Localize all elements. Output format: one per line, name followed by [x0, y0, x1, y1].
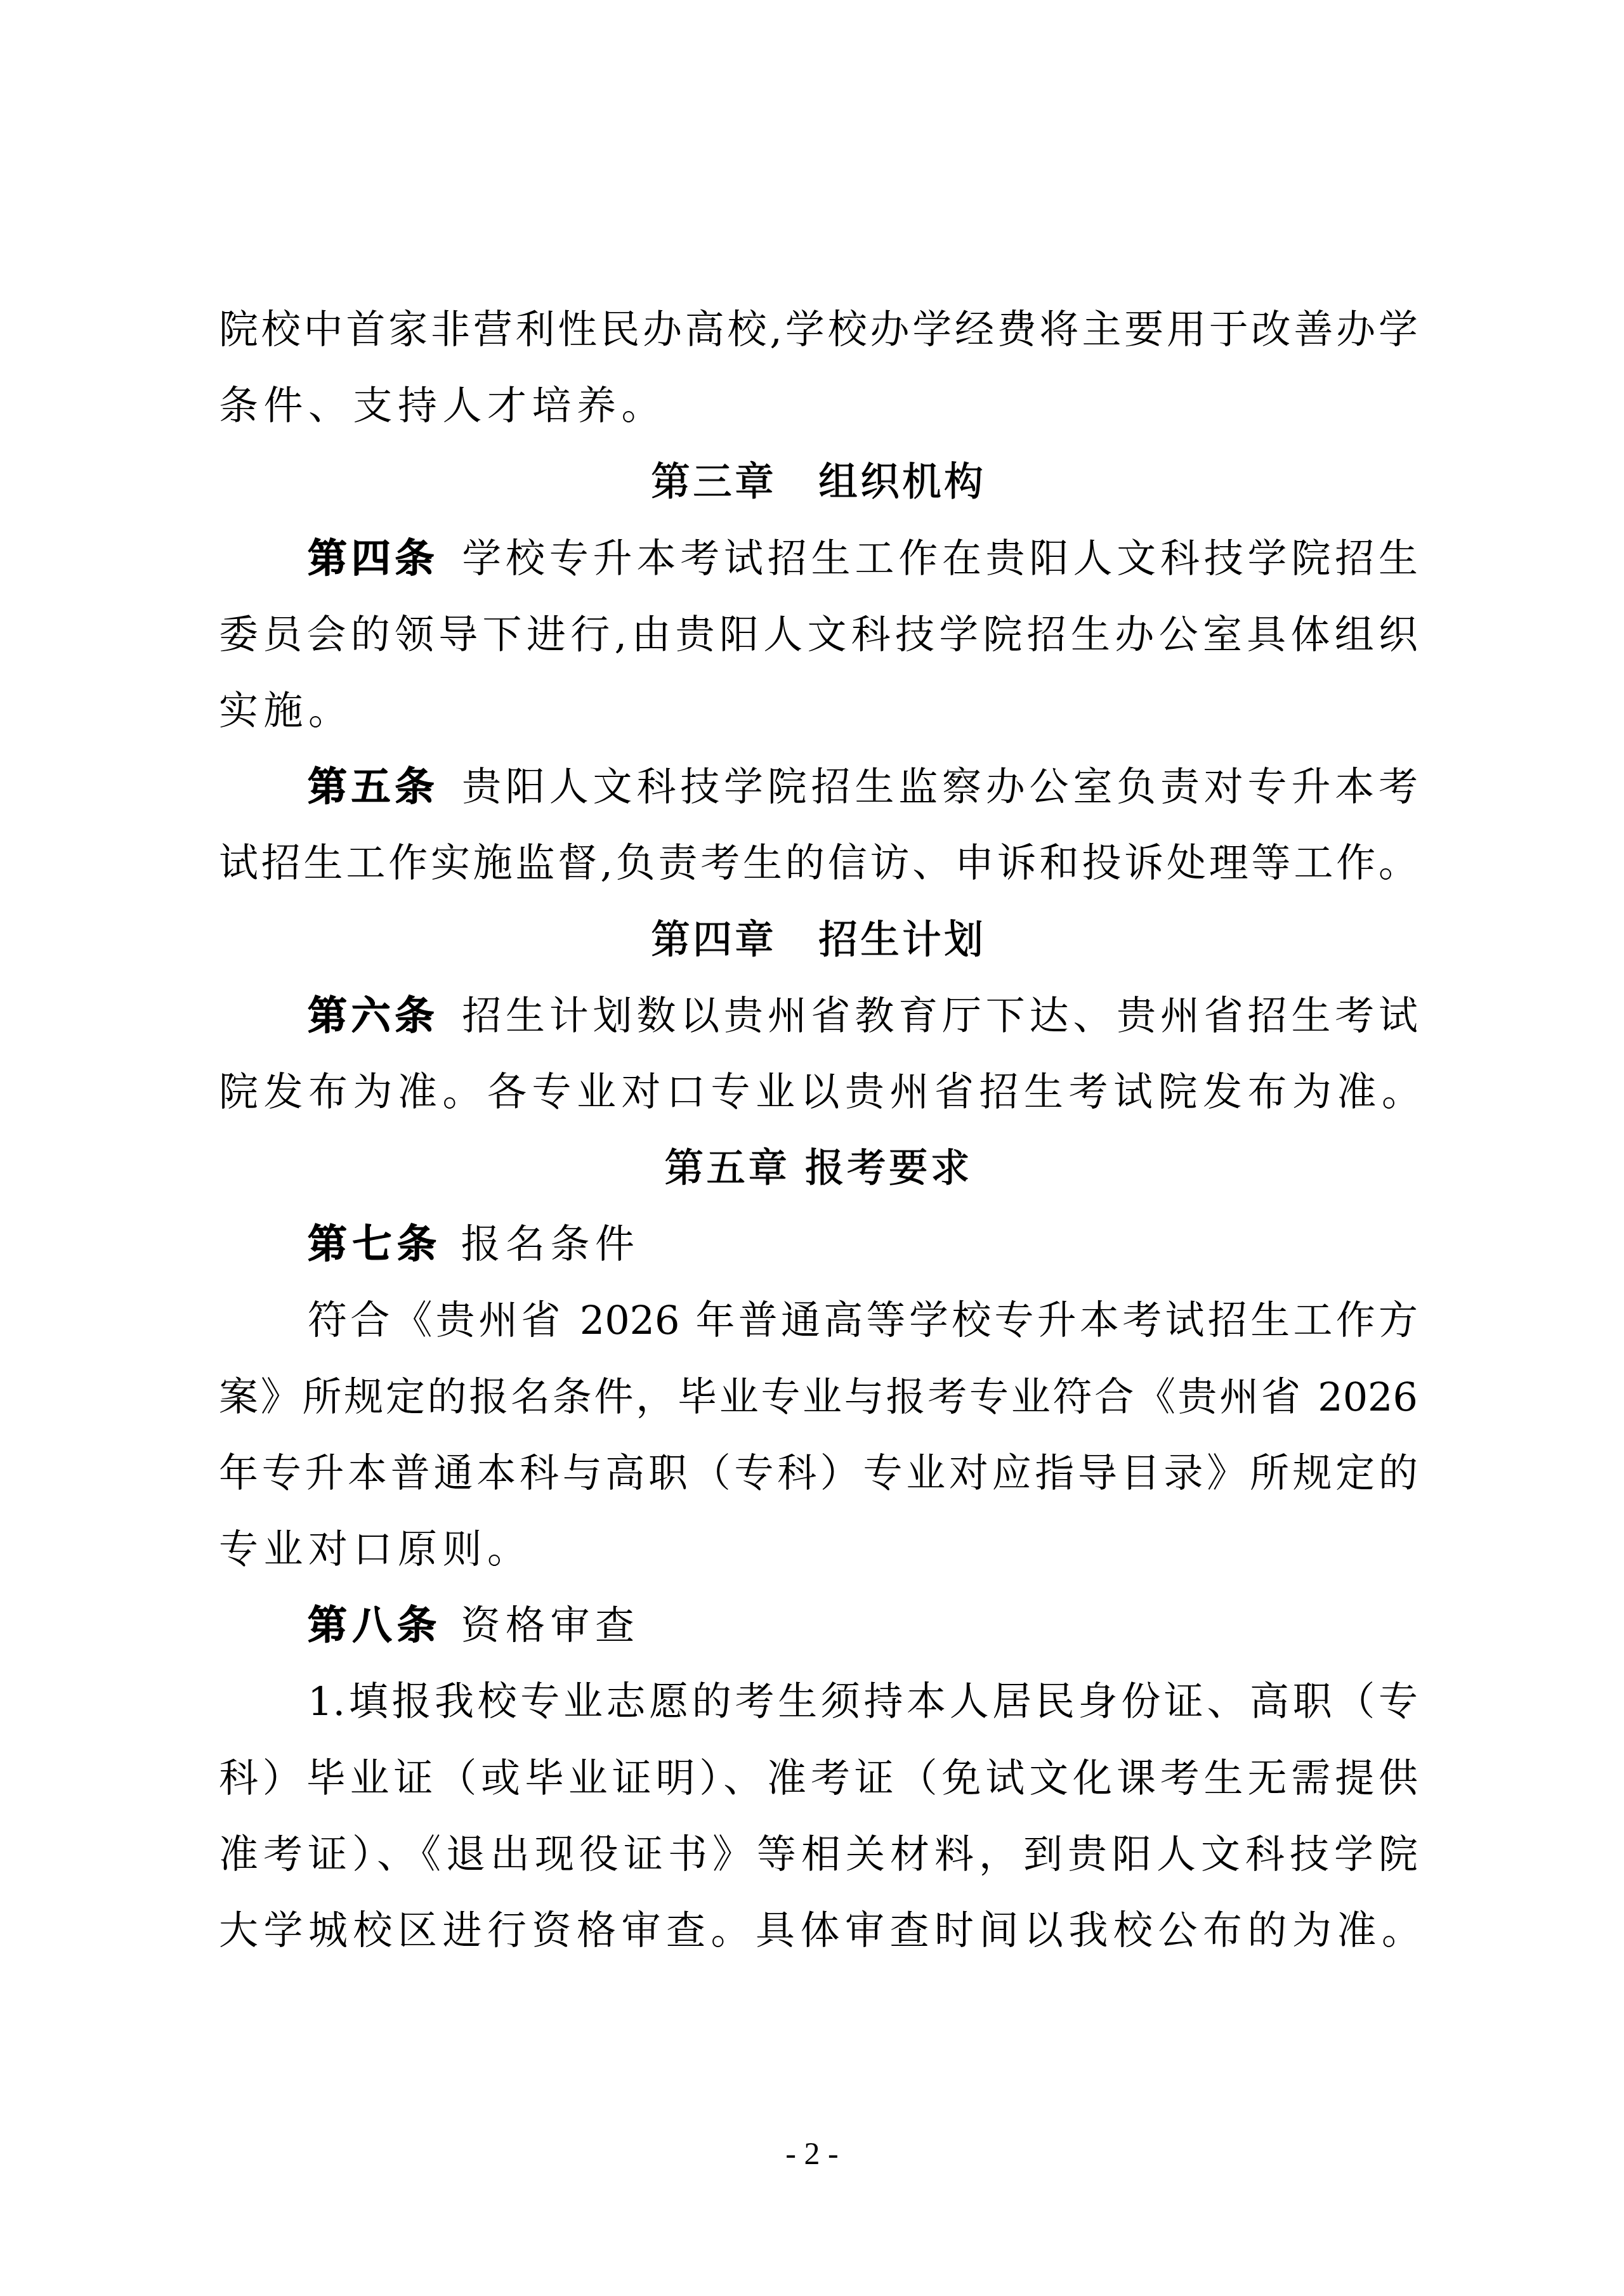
body-text-line: 专业对口原则。 [219, 1511, 1418, 1588]
article-first-line: 第四条学校专升本考试招生工作在贵阳人文科技学院招生 [219, 521, 1418, 597]
chapter-heading: 第三章 组织机构 [219, 444, 1418, 520]
body-text-line: 院发布为准。各专业对口专业以贵州省招生考试院发布为准。 [219, 1054, 1418, 1130]
article-label: 第六条 [308, 993, 438, 1039]
article-first-line: 第七条报名条件 [219, 1206, 1418, 1282]
document-body: 院校中首家非营利性民办高校,学校办学经费将主要用于改善办学 条件、支持人才培养。… [219, 292, 1418, 1969]
page-number: - 2 - [0, 2134, 1624, 2172]
body-text-line: 委员会的领导下进行,由贵阳人文科技学院招生办公室具体组织 [219, 597, 1418, 673]
article-label: 第八条 [308, 1602, 442, 1648]
article-first-line: 第八条资格审查 [219, 1588, 1418, 1664]
article-text: 贵阳人文科技学院招生监察办公室负责对专升本考 [457, 764, 1418, 810]
body-text-line: 案》所规定的报名条件，毕业专业与报考专业符合《贵州省 2026 [219, 1359, 1418, 1435]
body-text-line: 实施。 [219, 673, 1418, 749]
body-text-line: 条件、支持人才培养。 [219, 368, 1418, 444]
article-first-line: 第六条招生计划数以贵州省教育厅下达、贵州省招生考试 [219, 978, 1418, 1054]
body-text-line: 院校中首家非营利性民办高校,学校办学经费将主要用于改善办学 [219, 292, 1418, 368]
body-text-line: 科）毕业证（或毕业证明）、准考证（免试文化课考生无需提供 [219, 1740, 1418, 1817]
paragraph-first-line: 符合《贵州省 2026 年普通高等学校专升本考试招生工作方 [219, 1282, 1418, 1359]
article-label: 第五条 [308, 764, 438, 810]
body-text-line: 准考证）、《退出现役证书》等相关材料，到贵阳人文科技学院 [219, 1817, 1418, 1893]
article-first-line: 第五条贵阳人文科技学院招生监察办公室负责对专升本考 [219, 749, 1418, 825]
document-page: 院校中首家非营利性民办高校,学校办学经费将主要用于改善办学 条件、支持人才培养。… [0, 0, 1624, 2296]
body-text-line: 大学城校区进行资格审查。具体审查时间以我校公布的为准。 [219, 1893, 1418, 1969]
article-label: 第七条 [308, 1221, 442, 1267]
article-text: 资格审查 [461, 1602, 640, 1648]
article-text: 报名条件 [461, 1221, 640, 1267]
article-text: 学校专升本考试招生工作在贵阳人文科技学院招生 [457, 535, 1418, 582]
article-text: 招生计划数以贵州省教育厅下达、贵州省招生考试 [457, 993, 1418, 1039]
chapter-heading: 第五章 报考要求 [219, 1130, 1418, 1206]
paragraph-first-line: 1.填报我校专业志愿的考生须持本人居民身份证、高职（专 [219, 1664, 1418, 1740]
article-label: 第四条 [308, 535, 438, 582]
body-text-line: 年专升本普通本科与高职（专科）专业对应指导目录》所规定的 [219, 1435, 1418, 1511]
body-text-line: 试招生工作实施监督,负责考生的信访、申诉和投诉处理等工作。 [219, 825, 1418, 901]
chapter-heading: 第四章 招生计划 [219, 902, 1418, 978]
